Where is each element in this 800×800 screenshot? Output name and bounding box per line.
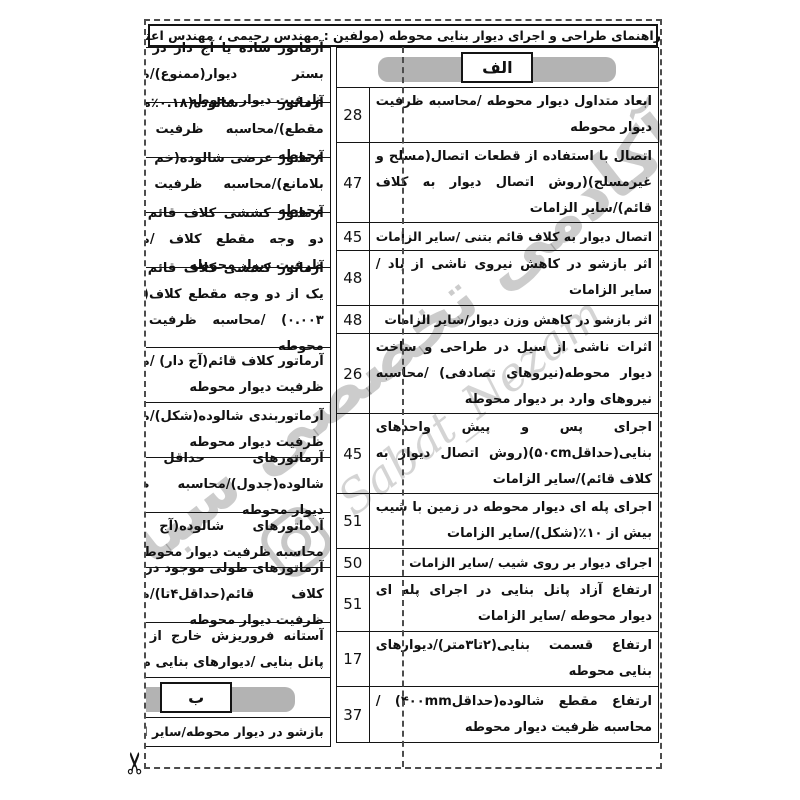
entry-title: اتصال با استفاده از قطعات اتصال(مسلح و غ… — [370, 143, 658, 222]
entry-page-number: 26 — [337, 334, 370, 413]
cut-out-page: آکادمی تخصصی سباط Sabat_Nezam چارت راهنم… — [144, 19, 662, 769]
entry-title: آرماتور کششی کلاف قائم در هر یک از دو وج… — [144, 268, 330, 347]
table-row: آرماتورهای حداقل در شالوده(جدول)/محاسبه … — [144, 458, 330, 513]
column-right: الف ابعاد متداول دیوار محوطه /محاسبه ظرف… — [336, 47, 659, 743]
entry-page-number: 50 — [337, 549, 370, 576]
entry-page-number: 51 — [337, 494, 370, 548]
table-row: آرماتور کششی کلاف قائم در هر یک از دو وج… — [144, 268, 330, 348]
table-row: آرماتورهای طولی موجود در مقطع کلاف قائم(… — [144, 568, 330, 623]
table-row: ابعاد متداول دیوار محوطه /محاسبه ظرفیت د… — [337, 88, 658, 143]
table-row: اجرای پس و پیش واحدهای بنایی(حداقل۵۰cm)(… — [337, 414, 658, 494]
table-row: اجرای دیوار بر روی شیب /سایر الزامات 50 — [337, 549, 658, 577]
table-row: اثر بازشو در کاهش نیروی ناشی از باد /سای… — [337, 251, 658, 306]
entry-page-number: 47 — [337, 143, 370, 222]
table-row: ارتفاع قسمت بنایی(۲تا۳متر)/دیوارهای بنای… — [337, 632, 658, 687]
table-row: آرماتور کلاف قائم(آج دار) /محاسبه ظرفیت … — [144, 348, 330, 403]
table-row: اثر بازشو در کاهش وزن دیوار/سایر الزامات… — [337, 306, 658, 334]
entry-title: ارتفاع مقطع شالوده(حداقل۴۰۰mm) /محاسبه ظ… — [370, 687, 658, 742]
index-columns: الف ابعاد متداول دیوار محوطه /محاسبه ظرف… — [146, 47, 660, 747]
entry-page-number: 28 — [337, 88, 370, 142]
entry-title: اثرات ناشی از سیل در طراحی و ساخت دیوار … — [370, 334, 658, 413]
scissors-icon: ✂ — [122, 750, 152, 775]
entry-title: اثر بازشو در کاهش نیروی ناشی از باد /سای… — [370, 251, 658, 305]
entry-title: اجرای دیوار بر روی شیب /سایر الزامات — [370, 549, 658, 576]
entry-page-number: 45 — [337, 223, 370, 250]
entry-page-number: 51 — [337, 577, 370, 631]
entry-title: آرماتورهای طولی موجود در مقطع کلاف قائم(… — [144, 568, 330, 622]
section-label: ب — [160, 682, 232, 713]
table-row: ارتفاع آزاد پانل بنایی در اجرای پله ای د… — [337, 577, 658, 632]
entry-title: آرماتور کلاف قائم(آج دار) /محاسبه ظرفیت … — [144, 348, 330, 402]
entry-title: آرماتورهای حداقل در شالوده(جدول)/محاسبه … — [144, 458, 330, 512]
section-header-alef: الف — [337, 48, 658, 88]
table-row: بازشو در دیوار محوطه/سایر الزامات 47 — [144, 718, 330, 746]
table-row: ارتفاع مقطع شالوده(حداقل۴۰۰mm) /محاسبه ظ… — [337, 687, 658, 742]
entry-title: اثر بازشو در کاهش وزن دیوار/سایر الزامات — [370, 306, 658, 333]
column-left: آرماتور ساده یا آج دار در بندهای بستر دی… — [144, 47, 331, 747]
entry-page-number: 37 — [337, 687, 370, 742]
entry-title: اجرای پس و پیش واحدهای بنایی(حداقل۵۰cm)(… — [370, 414, 658, 493]
table-row: آستانه فروریزش خارج از صفحه پانل بنایی /… — [144, 623, 330, 678]
entry-page-number: 48 — [337, 306, 370, 333]
entry-title: بازشو در دیوار محوطه/سایر الزامات — [144, 718, 330, 746]
section-header-be: ب — [144, 678, 330, 718]
entry-title: ارتفاع قسمت بنایی(۲تا۳متر)/دیوارهای بنای… — [370, 632, 658, 686]
table-row: اثرات ناشی از سیل در طراحی و ساخت دیوار … — [337, 334, 658, 414]
scanned-page: { "header": { "title": "چارت راهنمای طرا… — [0, 0, 800, 800]
entry-title: اجرای پله ای دیوار محوطه در زمین با شیب … — [370, 494, 658, 548]
entry-title: اتصال دیوار به کلاف قائم بتنی /سایر الزا… — [370, 223, 658, 250]
entry-title: ابعاد متداول دیوار محوطه /محاسبه ظرفیت د… — [370, 88, 658, 142]
entry-title: ارتفاع آزاد پانل بنایی در اجرای پله ای د… — [370, 577, 658, 631]
table-row: اتصال با استفاده از قطعات اتصال(مسلح و غ… — [337, 143, 658, 223]
table-row: اجرای پله ای دیوار محوطه در زمین با شیب … — [337, 494, 658, 549]
section-label: الف — [461, 52, 533, 83]
entry-page-number: 45 — [337, 414, 370, 493]
entry-title: آستانه فروریزش خارج از صفحه پانل بنایی /… — [144, 623, 330, 677]
entry-page-number: 17 — [337, 632, 370, 686]
table-row: اتصال دیوار به کلاف قائم بتنی /سایر الزا… — [337, 223, 658, 251]
entry-page-number: 48 — [337, 251, 370, 305]
